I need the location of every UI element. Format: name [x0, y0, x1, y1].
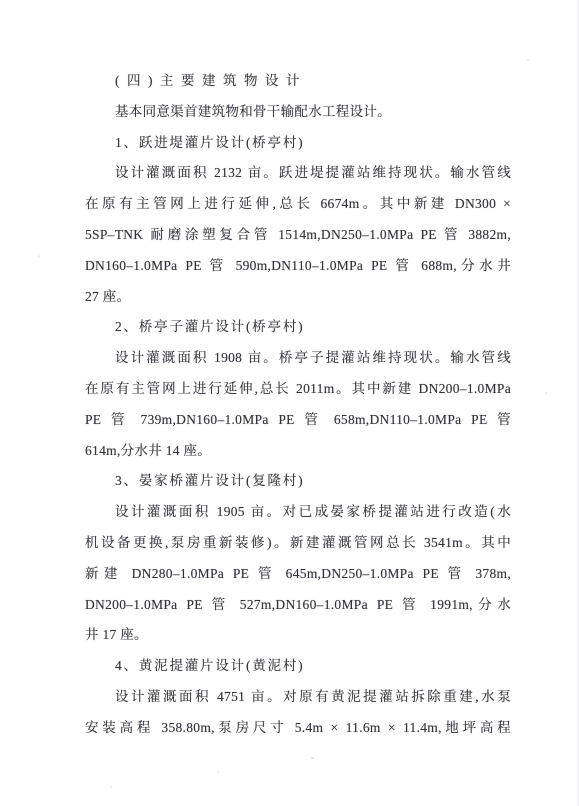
scan-speck [217, 771, 219, 773]
text-line: PE 管 739m,DN160–1.0MPa PE 管 658m,DN110–1… [85, 405, 511, 436]
heading-line: 4、黄泥提灌片设计(黄泥村) [85, 651, 511, 682]
heading-line: (四)主要建筑物设计 [85, 66, 511, 97]
text-line: 新建 DN280–1.0MPa PE 管 645m,DN250–1.0MPa P… [85, 559, 511, 590]
text-line: 安装高程 358.80m,泵房尺寸 5.4m × 11.6m × 11.4m,地… [85, 713, 511, 744]
text-line: 在原有主管网上进行延伸,总长 2011m。其中新建 DN200–1.0MPa [85, 374, 511, 405]
text-line: 设计灌溉面积 1908 亩。桥亭子提灌站维持现状。输水管线 [85, 343, 511, 374]
scan-speck [545, 392, 547, 394]
paper-sheet: (四)主要建筑物设计基本同意渠首建筑物和骨干输配水工程设计。1、跃进堤灌片设计(… [0, 0, 579, 806]
text-line: DN200–1.0MPa PE 管 527m,DN160–1.0MPa PE 管… [85, 590, 511, 621]
text-line: 在原有主管网上进行延伸,总长 6674m。其中新建 DN300 × [85, 189, 511, 220]
text-line: 井 17 座。 [85, 620, 511, 651]
heading-line: 1、跃进堤灌片设计(桥亭村) [85, 128, 511, 159]
text-line: 27 座。 [85, 282, 511, 313]
text-line: 设计灌溉面积 2132 亩。跃进堤提灌站维持现状。输水管线 [85, 158, 511, 189]
scan-speck [527, 59, 529, 61]
text-line: 设计灌溉面积 1905 亩。对已成晏家桥提灌站进行改造(水 [85, 497, 511, 528]
heading-line: 3、晏家桥灌片设计(复隆村) [85, 466, 511, 497]
heading-line: 2、桥亭子灌片设计(桥亭村) [85, 312, 511, 343]
scan-speck [311, 757, 314, 759]
text-line: 基本同意渠首建筑物和骨干输配水工程设计。 [85, 97, 511, 128]
text-line: 设计灌溉面积 4751 亩。对原有黄泥提灌站拆除重建,水泵 [85, 682, 511, 713]
text-line: DN160–1.0MPa PE 管 590m,DN110–1.0MPa PE 管… [85, 251, 511, 282]
scan-speck [110, 786, 112, 788]
text-line: 5SP–TNK 耐磨涂塑复合管 1514m,DN250–1.0MPa PE 管 … [85, 220, 511, 251]
text-line: 614m,分水井 14 座。 [85, 436, 511, 467]
document-body: (四)主要建筑物设计基本同意渠首建筑物和骨干输配水工程设计。1、跃进堤灌片设计(… [85, 66, 511, 744]
text-line: 机设备更换,泵房重新装修)。新建灌溉管网总长 3541m。其中 [85, 528, 511, 559]
scanned-document-page: { "page": { "background_color": "#ffffff… [0, 0, 579, 806]
scan-speck [38, 255, 40, 258]
